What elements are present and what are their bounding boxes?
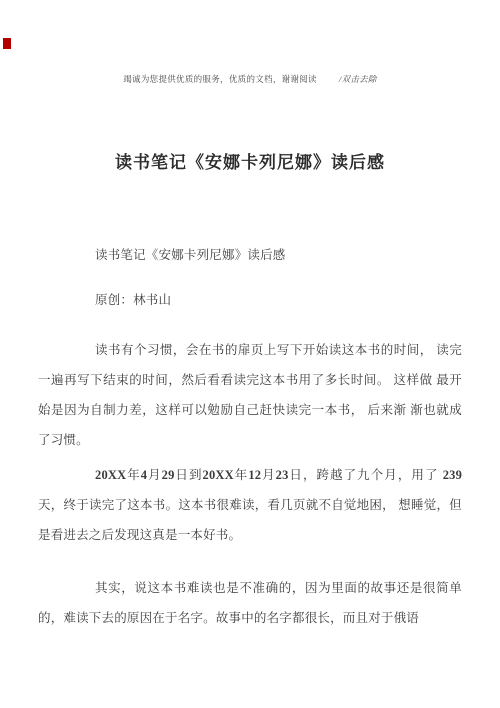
- bold-text-run: 239: [443, 468, 462, 482]
- document-title: 读书笔记《安娜卡列尼娜》读后感: [38, 148, 462, 178]
- bold-text-run: 23: [276, 468, 289, 482]
- bold-text-run: 20XX: [95, 468, 126, 482]
- document-page: 竭诚为您提供优质的服务，优质的文档，谢谢阅读/双击去除 读书笔记《安娜卡列尼娜》…: [0, 0, 500, 708]
- page-header: 竭诚为您提供优质的服务，优质的文档，谢谢阅读/双击去除: [0, 73, 500, 85]
- text-run: 年: [126, 468, 140, 482]
- bold-text-run: 29: [162, 468, 175, 482]
- text-run: 年: [234, 468, 248, 482]
- text-run: 月: [147, 468, 161, 482]
- text-run: 天，终于读完了这本书。这本书很难读，看几页就不自觉地困， 想睡觉，但是看进去之后…: [38, 498, 462, 542]
- text-run: 月: [261, 468, 275, 482]
- author-byline: 原创：林书山: [38, 285, 462, 315]
- paragraph-reading-habit: 读书有个习惯，会在书的扉页上写下开始读这本书的时间， 读完 一遍再写下结束的时间…: [38, 335, 462, 455]
- double-click-remove-hint[interactable]: /双击去除: [339, 73, 377, 85]
- red-corner-mark: [3, 38, 11, 49]
- bold-text-run: 12: [248, 468, 261, 482]
- bold-text-run: 20XX: [203, 468, 234, 482]
- paragraph-difficult-names: 其实，说这本书难读也是不准确的，因为里面的故事还是很简单 的，难读下去的原因在于…: [38, 573, 462, 633]
- header-slogan-text: 竭诚为您提供优质的服务，优质的文档，谢谢阅读: [123, 74, 317, 84]
- document-subtitle: 读书笔记《安娜卡列尼娜》读后感: [38, 240, 462, 270]
- text-run: 日到: [175, 468, 203, 482]
- paragraph-reading-duration: 20XX年4月29日到20XX年12月23日，跨越了九个月，用了 239天，终于…: [38, 460, 462, 550]
- text-run: 日，跨越了九个月，用了: [289, 468, 443, 482]
